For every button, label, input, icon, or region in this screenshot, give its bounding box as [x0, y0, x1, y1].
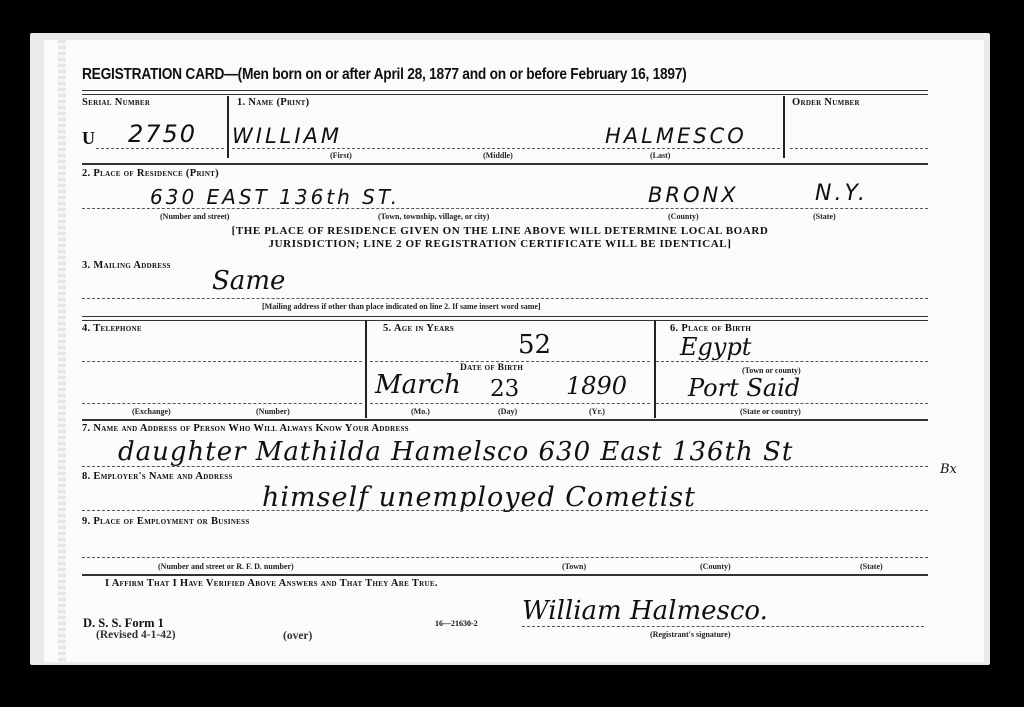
- residence-county-value: BRONX: [648, 183, 739, 207]
- employment-county-caption: (County): [700, 562, 731, 571]
- birth-state-caption: (State or country): [740, 407, 801, 416]
- employer-label: 8. Employer's Name and Address: [82, 471, 233, 482]
- birth-state-value: Port Said: [688, 374, 800, 402]
- birth-month-value: March: [375, 370, 461, 400]
- form-revised: (Revised 4-1-42): [96, 629, 176, 641]
- exchange-caption: (Exchange): [132, 407, 171, 416]
- residence-notice: [THE PLACE OF RESIDENCE GIVEN ON THE LIN…: [130, 225, 870, 251]
- residence-state-value: N.Y.: [815, 181, 868, 206]
- street-caption: (Number and street): [160, 212, 229, 221]
- date-of-birth-label: Date of Birth: [460, 363, 523, 373]
- town-caption: (Town, township, village, or city): [378, 212, 489, 221]
- registrant-signature: William Halmesco.: [522, 596, 768, 626]
- birth-town-value: Egypt: [680, 333, 751, 361]
- name-label: 1. Name (Print): [237, 97, 309, 108]
- employment-line: [82, 557, 928, 558]
- employer-line: [82, 510, 928, 511]
- age-value: 52: [518, 330, 551, 360]
- name-line: [232, 148, 780, 149]
- telephone-line-2: [82, 403, 362, 404]
- contact-person-note: Bx: [940, 462, 957, 477]
- age-label: 5. Age in Years: [383, 323, 454, 334]
- notice-line-2: JURISDICTION; LINE 2 OF REGISTRATION CER…: [130, 238, 870, 251]
- mailing-caption: [Mailing address if other than place ind…: [262, 302, 541, 311]
- divider: [227, 96, 229, 158]
- contact-line: [82, 466, 928, 467]
- row-rule: [82, 163, 928, 165]
- telephone-line-1: [82, 361, 362, 362]
- serial-line: [96, 148, 224, 149]
- employer-value: himself unemployed Cometist: [262, 482, 696, 513]
- middle-caption: (Middle): [483, 151, 513, 160]
- title-rule: [82, 90, 928, 95]
- card-title: REGISTRATION CARD—(Men born on or after …: [82, 66, 687, 84]
- employment-place-label: 9. Place of Employment or Business: [82, 516, 250, 527]
- mailing-address-label: 3. Mailing Address: [82, 260, 171, 271]
- contact-person-label: 7. Name and Address of Person Who Will A…: [82, 423, 409, 434]
- order-number-label: Order Number: [792, 97, 860, 108]
- age-line: [370, 361, 650, 362]
- last-caption: (Last): [650, 151, 670, 160]
- state-caption: (State): [813, 212, 836, 221]
- employment-street-caption: (Number and street or R. F. D. number): [158, 562, 294, 571]
- residence-line: [82, 208, 928, 209]
- print-code: 16—21630-2: [435, 619, 478, 628]
- mailing-line: [82, 298, 928, 299]
- number-caption: (Number): [256, 407, 290, 416]
- month-caption: (Mo.): [411, 407, 430, 416]
- mailing-address-value: Same: [212, 266, 285, 296]
- signature-caption: (Registrant's signature): [650, 630, 731, 639]
- first-name-value: WILLIAM: [232, 124, 342, 148]
- notice-line-1: [THE PLACE OF RESIDENCE GIVEN ON THE LIN…: [130, 225, 870, 238]
- birth-town-line: [656, 361, 928, 362]
- birth-year-value: 1890: [566, 372, 627, 400]
- serial-number-label: Serial Number: [82, 97, 150, 108]
- signature-line: [522, 626, 924, 627]
- county-caption: (County): [668, 212, 699, 221]
- birth-day-value: 23: [490, 376, 519, 402]
- form-over: (over): [283, 630, 312, 642]
- employment-town-caption: (Town): [562, 562, 586, 571]
- divider: [365, 320, 367, 418]
- row-rule: [82, 574, 928, 576]
- day-caption: (Day): [498, 407, 517, 416]
- card-perforated-edge: [58, 40, 66, 662]
- affirmation-text: I Affirm That I Have Verified Above Answ…: [105, 578, 438, 589]
- year-caption: (Yr.): [589, 407, 605, 416]
- serial-prefix: U: [82, 128, 95, 149]
- employment-state-caption: (State): [860, 562, 883, 571]
- birth-state-line: [656, 403, 928, 404]
- row-rule: [82, 316, 928, 321]
- serial-number-value: 2750: [128, 120, 197, 148]
- last-name-value: HALMESCO: [605, 124, 747, 148]
- residence-street-value: 630 EAST 136th ST.: [150, 185, 400, 209]
- first-caption: (First): [330, 151, 352, 160]
- divider: [783, 96, 785, 158]
- order-line: [790, 148, 928, 149]
- dob-line: [370, 403, 650, 404]
- contact-person-value: daughter Mathilda Hamelsco 630 East 136t…: [118, 437, 793, 467]
- telephone-label: 4. Telephone: [82, 323, 142, 334]
- residence-label: 2. Place of Residence (Print): [82, 168, 219, 179]
- row-rule: [82, 419, 928, 421]
